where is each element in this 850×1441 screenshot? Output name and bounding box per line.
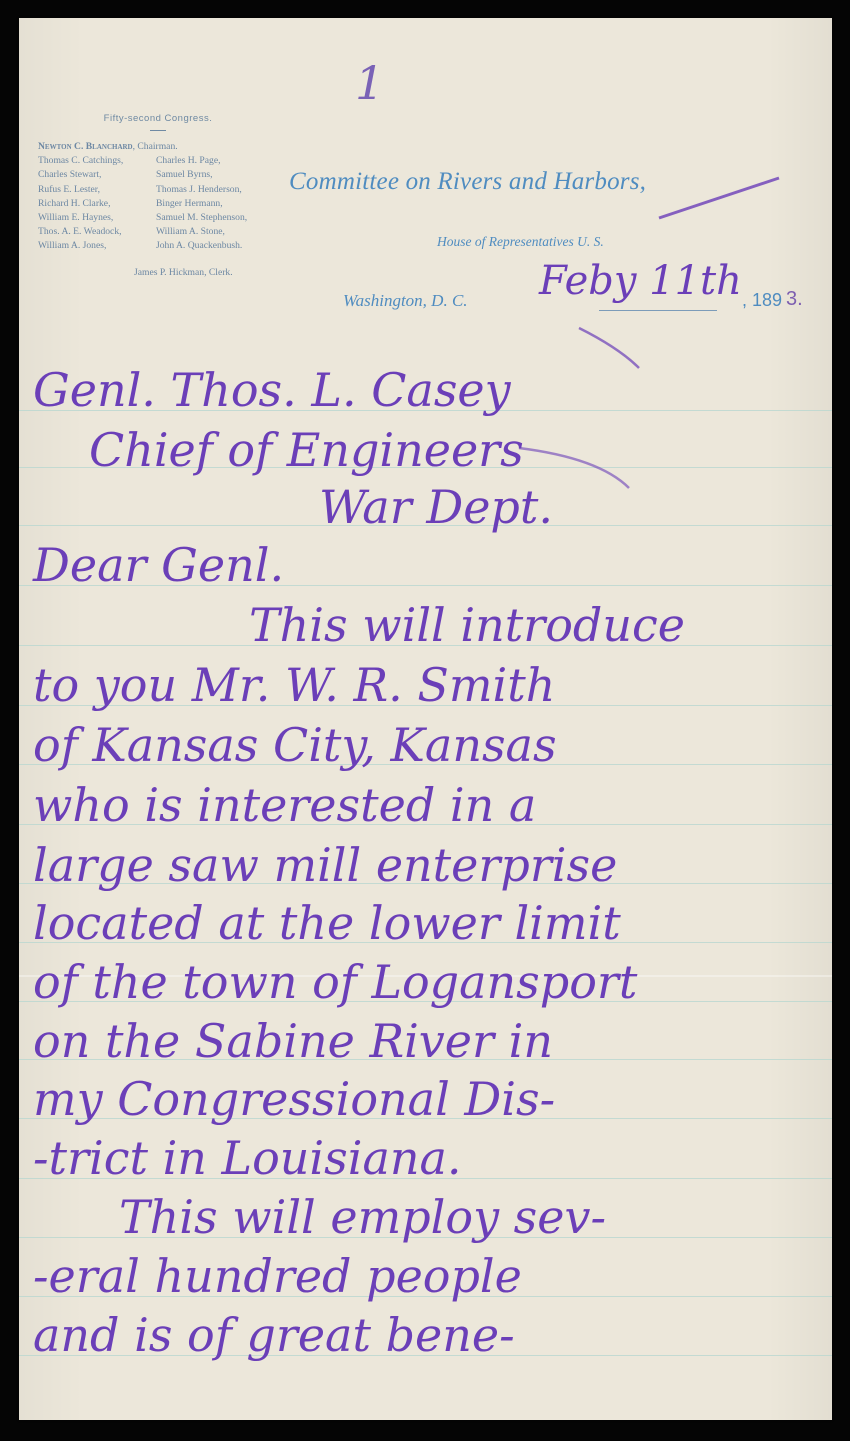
letter-page: Fifty-second Congress. Newton C. Blancha…	[19, 18, 832, 1420]
ink-flourishes	[19, 18, 832, 1420]
